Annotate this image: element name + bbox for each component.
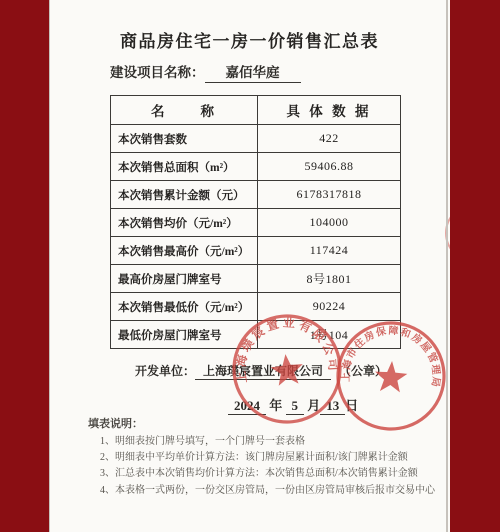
table-row: 本次销售最低价（元/m²）90224 [111, 293, 401, 321]
table-row: 最低价房屋门牌室号1号104 [111, 321, 401, 349]
date-month-unit: 月 [307, 398, 320, 413]
row-label: 最低价房屋门牌室号 [111, 321, 258, 349]
date-year: 2024 [228, 398, 266, 415]
note-item: 3、汇总表中本次销售均价计算方法：本次销售总面积/本次销售累计金额 [88, 466, 428, 482]
page-edge-shadow [49, 0, 50, 532]
date-year-unit: 年 [269, 398, 282, 413]
row-label: 本次销售最低价（元/m²） [111, 293, 258, 321]
date-month: 5 [286, 398, 305, 415]
table-row: 最高价房屋门牌室号8号1801 [111, 265, 401, 293]
table-row: 本次销售最高价（元/m²）117424 [111, 237, 401, 265]
date-line: 2024 年 5 月13日 [228, 395, 358, 415]
row-value: 90224 [258, 293, 401, 321]
red-border-left [0, 0, 49, 532]
project-name-value: 嘉佰华庭 [205, 65, 301, 83]
red-border-right [450, 0, 500, 532]
row-value: 59406.88 [258, 153, 401, 181]
official-seal-hint: （公章） [339, 364, 387, 378]
row-label: 本次销售均价（元/m²） [111, 209, 258, 237]
developer-label: 开发单位： [135, 364, 195, 378]
date-day: 13 [320, 398, 345, 415]
row-value: 117424 [258, 237, 401, 265]
notes-heading: 填表说明： [88, 415, 428, 431]
scanned-sales-summary-document: 商品房住宅一房一价销售汇总表 建设项目名称：嘉佰华庭 名 称 具 体 数 据 本… [0, 0, 500, 532]
row-label: 最高价房屋门牌室号 [111, 265, 258, 293]
table-row: 本次销售均价（元/m²）104000 [111, 209, 401, 237]
project-name-line: 建设项目名称：嘉佰华庭 [110, 61, 301, 83]
row-label: 本次销售套数 [111, 125, 258, 153]
summary-table: 名 称 具 体 数 据 本次销售套数422 本次销售总面积（m²）59406.8… [110, 95, 401, 349]
page-edge-shadow [446, 0, 448, 532]
row-value: 6178317818 [258, 181, 401, 209]
developer-line: 开发单位：上海璞宸置业有限公司（公章） [135, 362, 387, 380]
col-header-value: 具 体 数 据 [258, 96, 401, 125]
row-label: 本次销售累计金额（元） [111, 181, 258, 209]
row-value: 8号1801 [258, 265, 401, 293]
row-value: 422 [258, 125, 401, 153]
project-name-label: 建设项目名称： [110, 65, 205, 80]
col-header-name: 名 称 [111, 96, 258, 125]
table-row: 本次销售总面积（m²）59406.88 [111, 153, 401, 181]
note-item: 4、本表格一式两份，一份交区房管局，一份由区房管局审核后报市交易中心 [88, 483, 428, 499]
row-value: 104000 [258, 209, 401, 237]
filling-instructions: 填表说明： 1、明细表按门牌号填写，一个门牌号一套表格 2、明细表中平均单价计算… [88, 415, 428, 499]
note-item: 1、明细表按门牌号填写，一个门牌号一套表格 [88, 434, 428, 450]
table-row: 本次销售套数422 [111, 125, 401, 153]
page-title: 商品房住宅一房一价销售汇总表 [49, 27, 450, 52]
developer-company-name: 上海璞宸置业有限公司 [195, 364, 331, 380]
date-day-unit: 日 [345, 398, 358, 413]
note-item: 2、明细表中平均单价计算方法：该门牌房屋累计面积/该门牌累计金额 [88, 450, 428, 466]
row-label: 本次销售最高价（元/m²） [111, 237, 258, 265]
row-label: 本次销售总面积（m²） [111, 153, 258, 181]
row-value: 1号104 [258, 321, 401, 349]
table-header-row: 名 称 具 体 数 据 [111, 96, 401, 125]
table-row: 本次销售累计金额（元）6178317818 [111, 181, 401, 209]
